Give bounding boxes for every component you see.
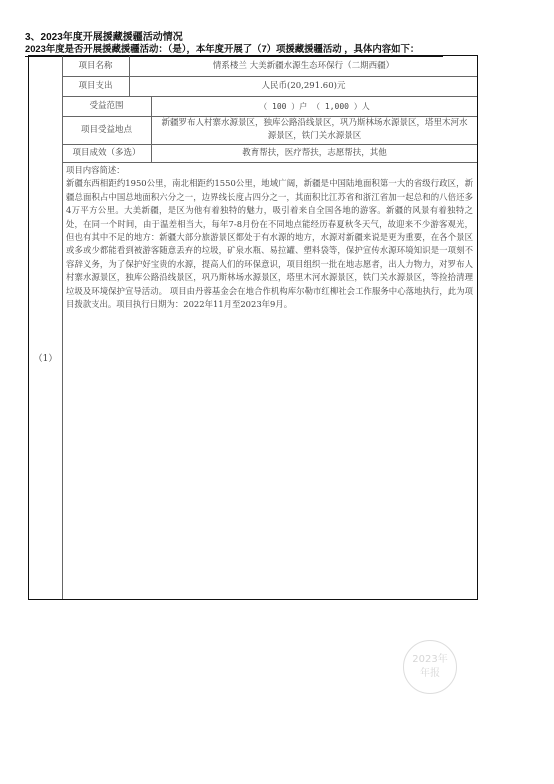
label-project-results: 项目成效（多选） bbox=[62, 144, 152, 162]
value-project-results: 教育帮扶，医疗帮扶，志愿帮扶，其他 bbox=[152, 144, 477, 162]
index-column bbox=[29, 56, 63, 599]
value-project-name: 情系楼兰 大美新疆水源生态环保行（二期西疆） bbox=[130, 56, 477, 76]
watermark-year: 2023年 bbox=[404, 653, 456, 667]
label-beneficiary-location: 项目受益地点 bbox=[62, 116, 152, 144]
row-project-results: 项目成效（多选） 教育帮扶，医疗帮扶，志愿帮扶，其他 bbox=[62, 144, 477, 163]
annual-report-watermark: 2023年 年报 bbox=[403, 640, 457, 694]
project-table: （1） 项目名称 情系楼兰 大美新疆水源生态环保行（二期西疆） 项目支出 人民币… bbox=[28, 55, 478, 600]
description-text: 新疆东西相距约1950公里，南北相距约1550公里，地域广阔，新疆是中国陆地面积… bbox=[66, 178, 473, 309]
value-beneficiary-scope: （ 100 ）户 （ 1,000 ）人 bbox=[152, 96, 477, 116]
label-project-name: 项目名称 bbox=[62, 56, 130, 76]
project-index: （1） bbox=[29, 351, 62, 364]
watermark-label: 年报 bbox=[404, 667, 456, 681]
value-project-expense: 人民币(20,291.60)元 bbox=[130, 76, 477, 96]
row-beneficiary-location: 项目受益地点 新疆罗布人村寨水源景区，独库公路沿线景区，巩乃斯林场水源景区，塔里… bbox=[62, 116, 477, 145]
value-beneficiary-location: 新疆罗布人村寨水源景区，独库公路沿线景区，巩乃斯林场水源景区，塔里木河水源景区，… bbox=[152, 116, 477, 144]
label-project-expense: 项目支出 bbox=[62, 76, 130, 96]
description-title: 项目内容简述： bbox=[66, 164, 473, 177]
label-beneficiary-scope: 受益范围 bbox=[62, 96, 152, 116]
project-description: 项目内容简述： 新疆东西相距约1950公里，南北相距约1550公里，地域广阔，新… bbox=[62, 162, 477, 599]
row-project-expense: 项目支出 人民币(20,291.60)元 bbox=[62, 76, 477, 97]
row-beneficiary-scope: 受益范围 （ 100 ）户 （ 1,000 ）人 bbox=[62, 96, 477, 117]
row-project-name: 项目名称 情系楼兰 大美新疆水源生态环保行（二期西疆） bbox=[62, 56, 477, 77]
